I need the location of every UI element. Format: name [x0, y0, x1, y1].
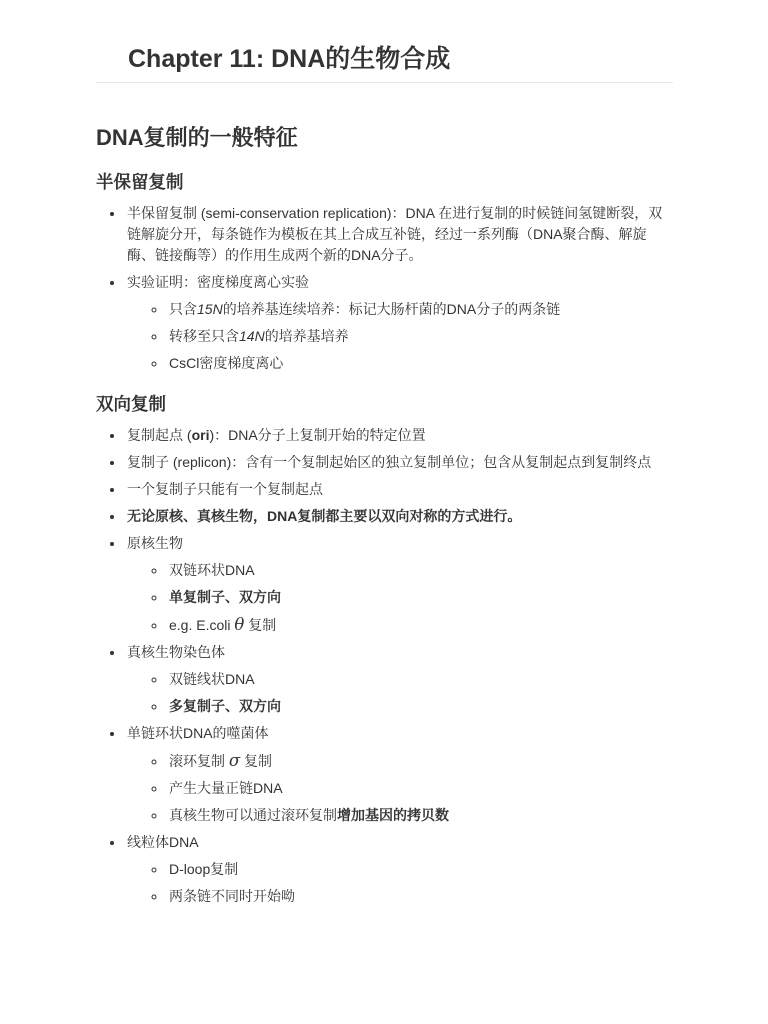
text-segment: 单链环状DNA的噬菌体 [127, 725, 269, 741]
text-segment: 15N [197, 301, 223, 317]
list-item: CsCl密度梯度离心 [167, 353, 673, 374]
text-segment: 无论原核、真核生物，DNA复制都主要以双向对称的方式进行。 [127, 508, 521, 524]
list-item: 产生大量正链DNA [167, 778, 673, 799]
subsection-heading: 双向复制 [96, 392, 673, 416]
bullet-list: 复制起点 (ori)：DNA分子上复制开始的特定位置复制子 (replicon)… [96, 425, 673, 907]
text-segment: 转移至只含 [169, 328, 239, 344]
list-item: e.g. E.coli θ 复制 [167, 614, 673, 636]
text-segment: 多复制子、双方向 [169, 698, 281, 714]
list-item: 复制起点 (ori)：DNA分子上复制开始的特定位置 [125, 425, 673, 446]
text-segment: e.g. E.coli [169, 617, 234, 633]
list-item: 实验证明：密度梯度离心实验只含15N的培养基连续培养：标记大肠杆菌的DNA分子的… [125, 272, 673, 374]
list-item: 复制子 (replicon)：含有一个复制起始区的独立复制单位；包含从复制起点到… [125, 452, 673, 473]
document-body: DNA复制的一般特征半保留复制半保留复制 (semi-conservation … [96, 124, 673, 907]
text-segment: 复制起点 ( [127, 427, 192, 443]
section-heading: DNA复制的一般特征 [96, 124, 673, 152]
text-segment: 产生大量正链DNA [169, 780, 283, 796]
list-item: 无论原核、真核生物，DNA复制都主要以双向对称的方式进行。 [125, 506, 673, 527]
list-item: 转移至只含14N的培养基培养 [167, 326, 673, 347]
list-item: 双链线状DNA [167, 669, 673, 690]
text-segment: 增加基因的拷贝数 [337, 807, 449, 823]
document-page: Chapter 11: DNA的生物合成 DNA复制的一般特征半保留复制半保留复… [0, 0, 768, 1024]
text-segment: 的培养基培养 [265, 328, 349, 344]
text-segment: 复制 [244, 617, 276, 633]
text-segment: 原核生物 [127, 535, 183, 551]
text-segment: 滚环复制 [169, 753, 229, 769]
list-item: 原核生物双链环状DNA单复制子、双方向e.g. E.coli θ 复制 [125, 533, 673, 636]
text-segment: 复制 [240, 753, 272, 769]
text-segment: 线粒体DNA [127, 834, 199, 850]
text-segment: θ [234, 615, 244, 634]
text-segment: 实验证明：密度梯度离心实验 [127, 274, 309, 290]
text-segment: 双链环状DNA [169, 562, 255, 578]
bullet-list: D-loop复制两条链不同时开始呦 [127, 859, 673, 907]
bullet-list: 双链线状DNA多复制子、双方向 [127, 669, 673, 717]
bullet-list: 只含15N的培养基连续培养：标记大肠杆菌的DNA分子的两条链转移至只含14N的培… [127, 299, 673, 374]
text-segment: 半保留复制 (semi-conservation replication)：DN… [127, 205, 662, 263]
text-segment: 14N [239, 328, 265, 344]
text-segment: 一个复制子只能有一个复制起点 [127, 481, 323, 497]
text-segment: 复制子 (replicon)：含有一个复制起始区的独立复制单位；包含从复制起点到… [127, 454, 651, 470]
text-segment: 只含 [169, 301, 197, 317]
list-item: 半保留复制 (semi-conservation replication)：DN… [125, 203, 673, 266]
text-segment: 双链线状DNA [169, 671, 255, 687]
list-item: 双链环状DNA [167, 560, 673, 581]
text-segment: 的培养基连续培养：标记大肠杆菌的DNA分子的两条链 [223, 301, 561, 317]
text-segment: )：DNA分子上复制开始的特定位置 [209, 427, 425, 443]
subsection-heading: 半保留复制 [96, 170, 673, 194]
text-segment: 两条链不同时开始呦 [169, 888, 295, 904]
list-item: 真核生物染色体双链线状DNA多复制子、双方向 [125, 642, 673, 717]
list-item: 真核生物可以通过滚环复制增加基因的拷贝数 [167, 805, 673, 826]
bullet-list: 半保留复制 (semi-conservation replication)：DN… [96, 203, 673, 374]
text-segment: σ [229, 751, 240, 770]
text-segment: 真核生物染色体 [127, 644, 225, 660]
list-item: 单复制子、双方向 [167, 587, 673, 608]
text-segment: CsCl密度梯度离心 [169, 355, 283, 371]
page-title: Chapter 11: DNA的生物合成 [96, 44, 673, 83]
text-segment: 单复制子、双方向 [169, 589, 281, 605]
list-item: 两条链不同时开始呦 [167, 886, 673, 907]
bullet-list: 双链环状DNA单复制子、双方向e.g. E.coli θ 复制 [127, 560, 673, 636]
list-item: 单链环状DNA的噬菌体滚环复制 σ 复制产生大量正链DNA真核生物可以通过滚环复… [125, 723, 673, 826]
list-item: 线粒体DNAD-loop复制两条链不同时开始呦 [125, 832, 673, 907]
text-segment: 真核生物可以通过滚环复制 [169, 807, 337, 823]
text-segment: ori [192, 427, 210, 443]
list-item: 一个复制子只能有一个复制起点 [125, 479, 673, 500]
list-item: 滚环复制 σ 复制 [167, 750, 673, 772]
list-item: 多复制子、双方向 [167, 696, 673, 717]
text-segment: D-loop复制 [169, 861, 238, 877]
bullet-list: 滚环复制 σ 复制产生大量正链DNA真核生物可以通过滚环复制增加基因的拷贝数 [127, 750, 673, 826]
list-item: D-loop复制 [167, 859, 673, 880]
list-item: 只含15N的培养基连续培养：标记大肠杆菌的DNA分子的两条链 [167, 299, 673, 320]
